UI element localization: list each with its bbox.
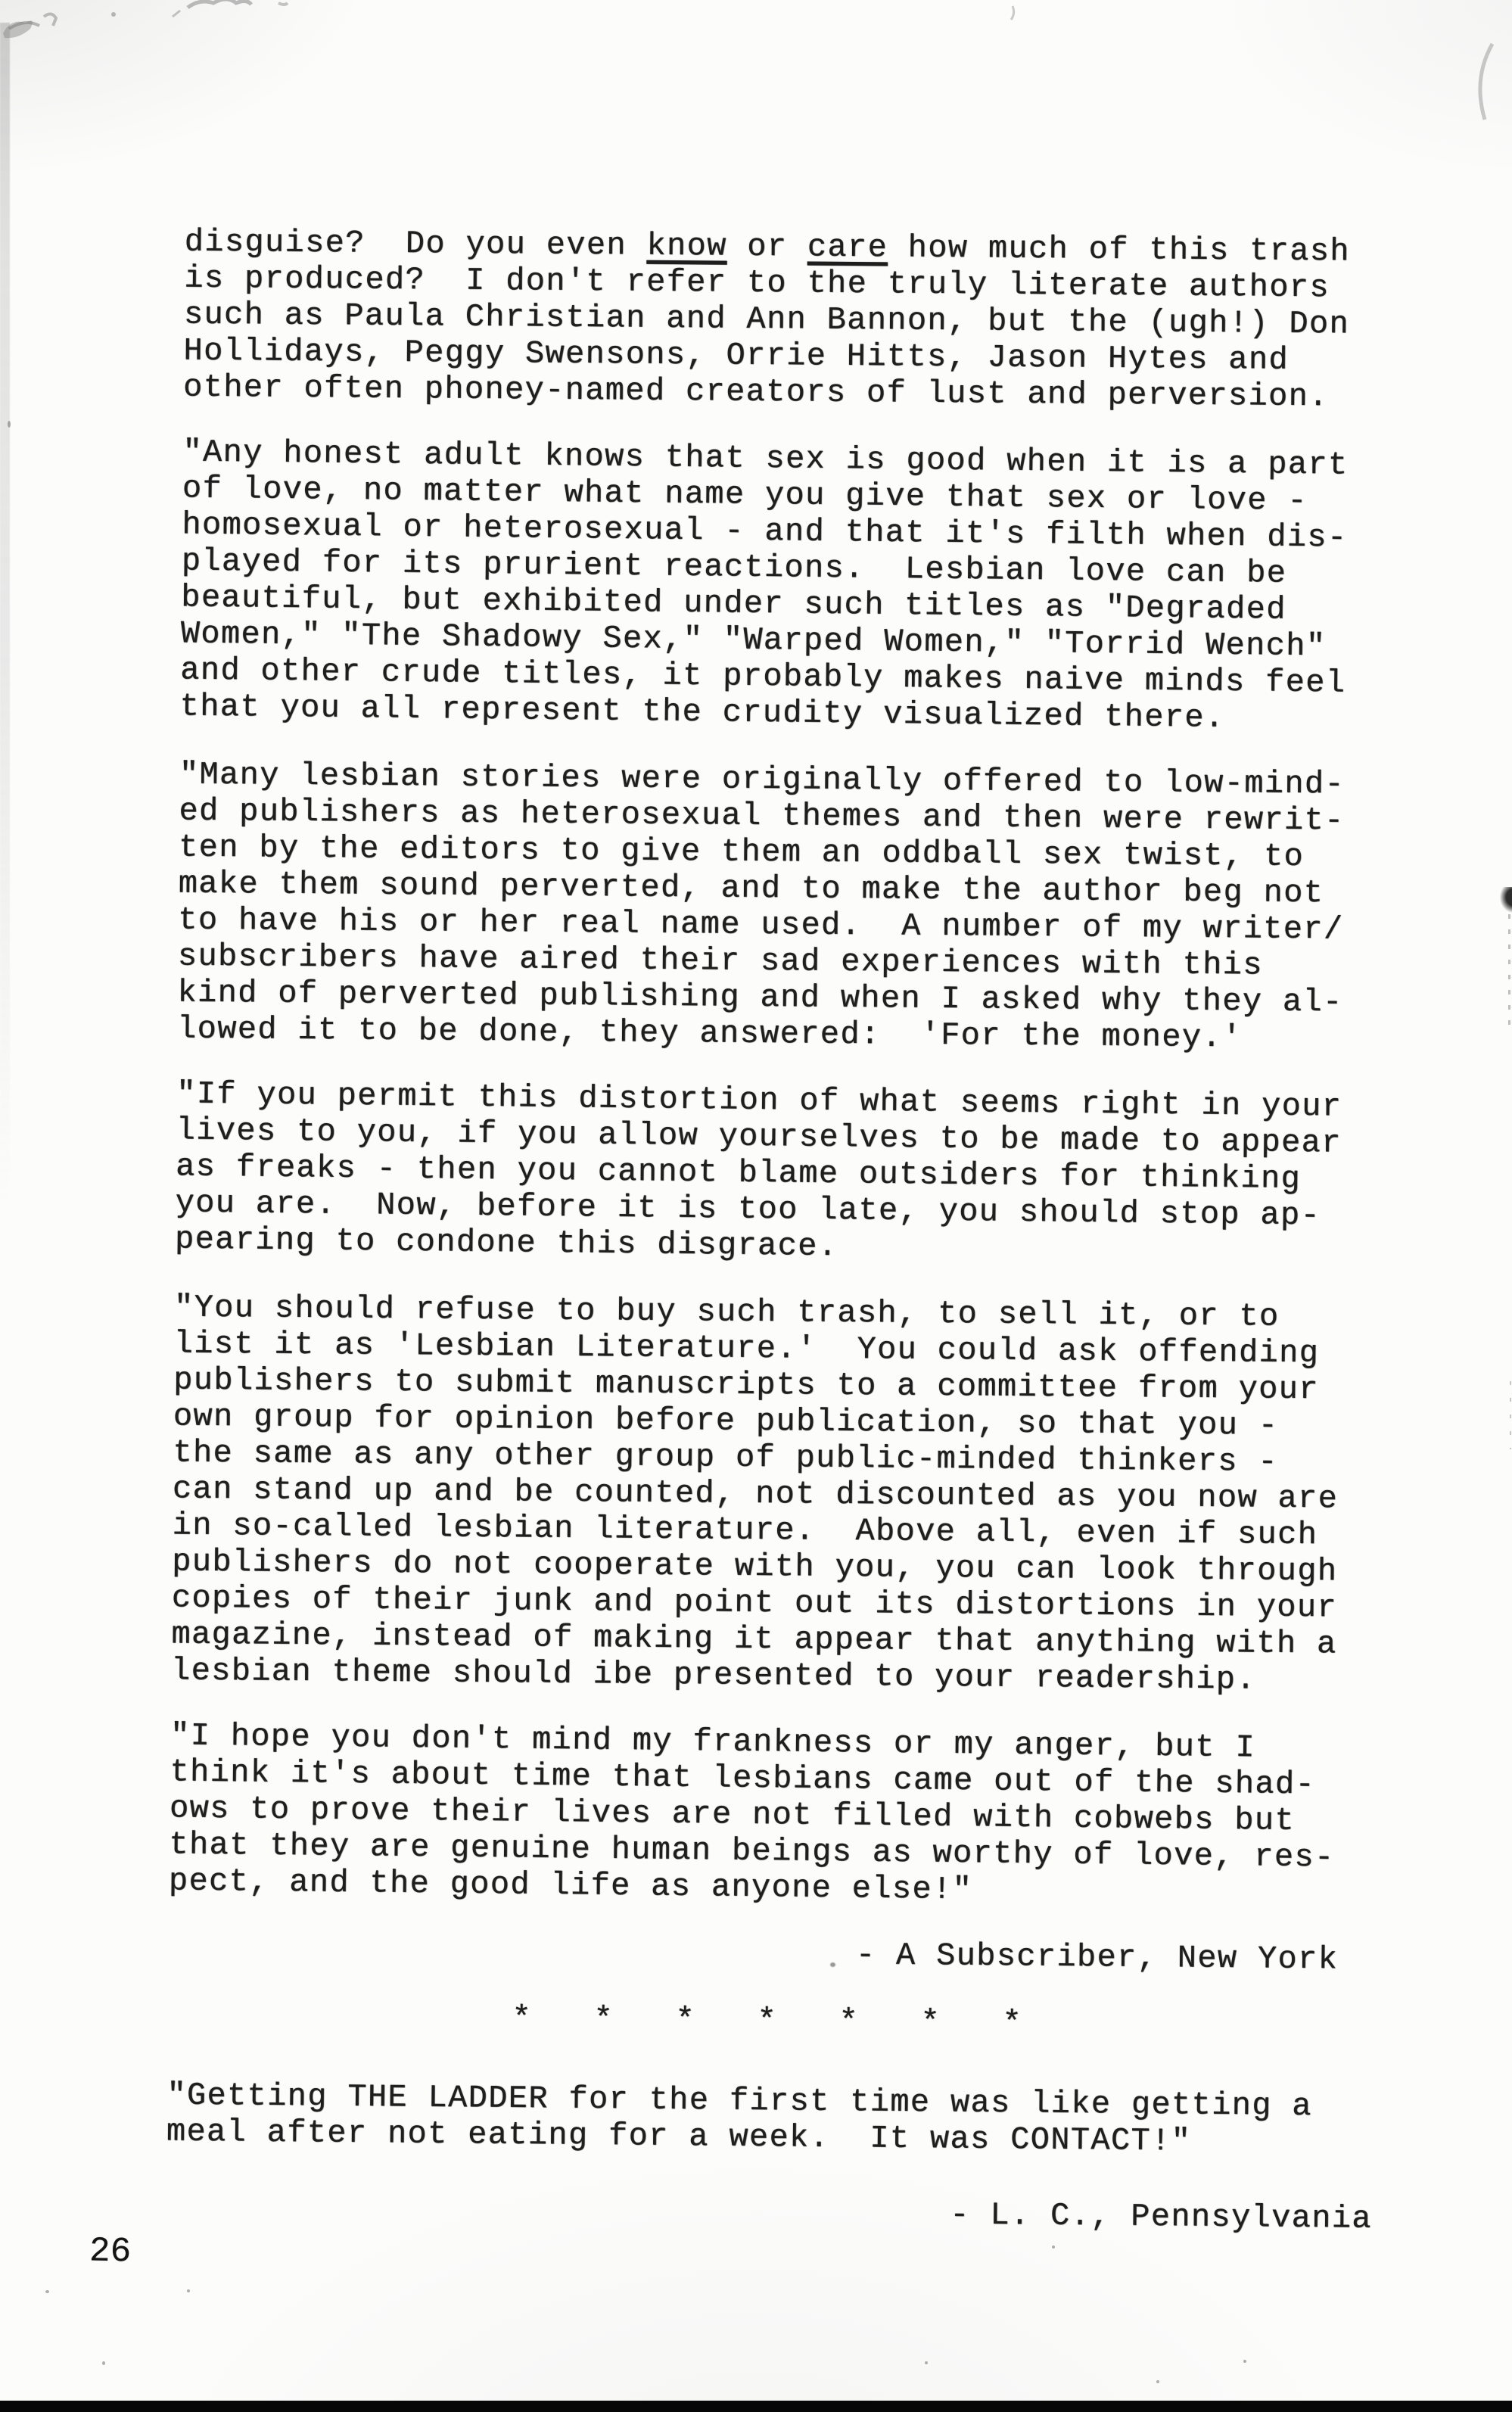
scan-bottom-bar <box>0 2401 1512 2412</box>
signature-line: - A Subscriber, New York <box>168 1931 1338 1978</box>
scan-blob-right <box>1500 887 1512 913</box>
scan-speck <box>1243 2360 1246 2363</box>
paragraph: "If you permit this distortion of what s… <box>175 1075 1352 1270</box>
scan-speck <box>1156 2380 1159 2383</box>
scan-streak-right-2 <box>1510 1381 1511 1449</box>
letter-body: disguise? Do you even know or care how m… <box>166 223 1359 2237</box>
scan-speck <box>1052 2245 1055 2249</box>
letter-paragraphs: disguise? Do you even know or care how m… <box>169 223 1359 1912</box>
page-number: 26 <box>89 2233 132 2269</box>
scan-speck <box>102 2361 105 2365</box>
scanned-page: disguise? Do you even know or care how m… <box>0 0 1512 2412</box>
scan-speck <box>8 421 11 428</box>
paragraph: "Any honest adult knows that sex is good… <box>179 434 1357 737</box>
scan-speck <box>45 2290 49 2293</box>
closing-paragraph: "Getting THE LADDER for the first time w… <box>166 2077 1342 2161</box>
scan-streak-right <box>1508 914 1510 1028</box>
scan-speck <box>925 2361 928 2364</box>
asterisk-separator: * * * * * * * <box>167 1997 1342 2045</box>
scan-edge-shadow <box>0 23 10 1203</box>
paragraph: "I hope you don't mind my frankness or m… <box>169 1717 1346 1912</box>
paragraph: disguise? Do you even know or care how m… <box>183 224 1359 415</box>
paragraph: "You should refuse to buy such trash, to… <box>171 1290 1349 1699</box>
scan-smudge-top-icon <box>0 0 1512 144</box>
paragraph: "Many lesbian stories were originally of… <box>177 757 1354 1057</box>
signature-line-2: - L. C., Pennsylvania <box>166 2189 1372 2237</box>
scan-speck <box>187 2289 190 2292</box>
